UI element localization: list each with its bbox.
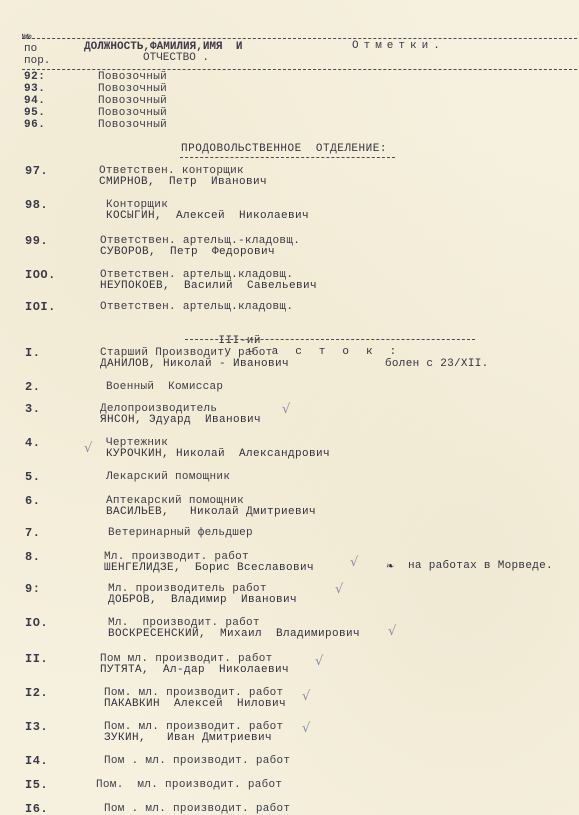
row-number: 95.: [24, 108, 45, 119]
header-top-rule: [22, 38, 577, 39]
row-name: КОСЫГИН, Алексей Николаевич: [106, 211, 309, 222]
check-mark-icon: √: [302, 689, 310, 704]
bullet-icon: ❧: [386, 561, 395, 572]
row-number: 9:: [25, 584, 40, 595]
header-col-number-line1: №№: [22, 32, 32, 43]
check-mark-icon: √: [350, 555, 358, 570]
section-title-food: ПРОДОВОЛЬСТВЕННОЕ ОТДЕЛЕНИЕ:: [181, 144, 387, 155]
row-position: Повозочный: [98, 72, 167, 83]
check-mark-icon: √: [315, 654, 323, 669]
row-number: 96.: [24, 120, 45, 131]
row-number: 3.: [25, 404, 40, 415]
row-name: ПУТЯТА, Ал-дар Николаевич: [100, 665, 289, 676]
row-name: КУРОЧКИН, Николай Александрович: [106, 449, 330, 460]
section-3-underline: [185, 339, 475, 340]
check-mark-icon: √: [282, 402, 290, 417]
row-name: СМИРНОВ, Петр Иванович: [99, 177, 267, 188]
row-number: 6.: [25, 496, 40, 507]
row-name: ВОСКРЕСЕНСКИЙ, Михаил Владимирович: [108, 629, 360, 640]
check-mark-icon: √: [302, 721, 310, 736]
row-position: Ветеринарный фельдшер: [108, 528, 253, 539]
row-number: 4.: [25, 438, 40, 449]
row-number: I2.: [25, 688, 48, 699]
row-number: I4.: [25, 756, 48, 767]
row-position: Повозочный: [98, 108, 167, 119]
row-number: 98.: [25, 200, 48, 211]
row-name: НЕУПОКОЕВ, Василий Савельевич: [100, 281, 317, 292]
row-number: IO.: [25, 618, 48, 629]
row-number: I3.: [25, 722, 48, 733]
row-position: Пом. мл. производит. работ: [96, 780, 282, 791]
row-position: Повозочный: [98, 96, 167, 107]
row-note: болен с 23/XII.: [385, 359, 489, 370]
row-position: Пом . мл. производит. работ: [104, 804, 290, 815]
row-name: ВАСИЛЬЕВ, Николай Дмитриевич: [106, 507, 316, 518]
row-number: 8.: [25, 552, 40, 563]
row-name: ПАКАВКИН Алексей Нилович: [104, 699, 286, 710]
row-position: Повозочный: [98, 120, 167, 131]
check-mark-icon: √: [335, 582, 343, 597]
check-mark-icon: √: [84, 441, 92, 456]
header-bottom-rule: [22, 69, 577, 70]
header-col-number-line3: пор.: [24, 56, 50, 67]
check-mark-icon: √: [388, 624, 396, 639]
header-col-notes: Отметки.: [352, 41, 445, 52]
row-number: IOI.: [25, 302, 56, 313]
section-food-underline: [180, 157, 395, 158]
header-col-position-line2: ОТЧЕСТВО .: [143, 53, 209, 64]
row-number: II.: [25, 654, 48, 665]
row-number: 99.: [25, 236, 48, 247]
row-name: ЯНСОН, Эдуард Иванович: [100, 415, 261, 426]
row-name: ДАНИЛОВ, Николай - Иванович: [100, 359, 289, 370]
row-position: Пом . мл. производит. работ: [104, 756, 290, 767]
row-number: I6.: [25, 804, 48, 815]
row-note: на работах в Морведе.: [408, 561, 553, 572]
row-number: 7.: [25, 528, 40, 539]
row-name: ШЕНГЕЛИДЗЕ, Борис Всеславович: [104, 563, 314, 574]
row-number: 93.: [24, 84, 45, 95]
row-name: ДОБРОВ, Владимир Иванович: [108, 595, 297, 606]
row-number: 94.: [24, 96, 45, 107]
row-position: Ответствен. артельщ.кладовщ.: [100, 302, 293, 313]
header-col-number-line2: по: [24, 44, 37, 55]
row-number: 2.: [25, 382, 40, 393]
row-number: I.: [25, 348, 40, 359]
document-page: №№ по пор. ДОЛЖНОСТЬ,ФАМИЛИЯ,ИМЯ И ОТЧЕС…: [0, 0, 579, 815]
row-position: Военный Комиссар: [106, 382, 223, 393]
row-position: Лекарский помощник: [106, 472, 230, 483]
row-name: ЗУКИН, Иван Дмитриевич: [104, 733, 272, 744]
row-name: СУВОРОВ, Петр Федорович: [100, 247, 275, 258]
row-number: 5.: [25, 472, 40, 483]
row-number: 92:: [24, 72, 45, 83]
row-number: 97.: [25, 166, 48, 177]
row-position: Повозочный: [98, 84, 167, 95]
row-number: I5.: [25, 780, 48, 791]
row-number: IOO.: [25, 270, 56, 281]
